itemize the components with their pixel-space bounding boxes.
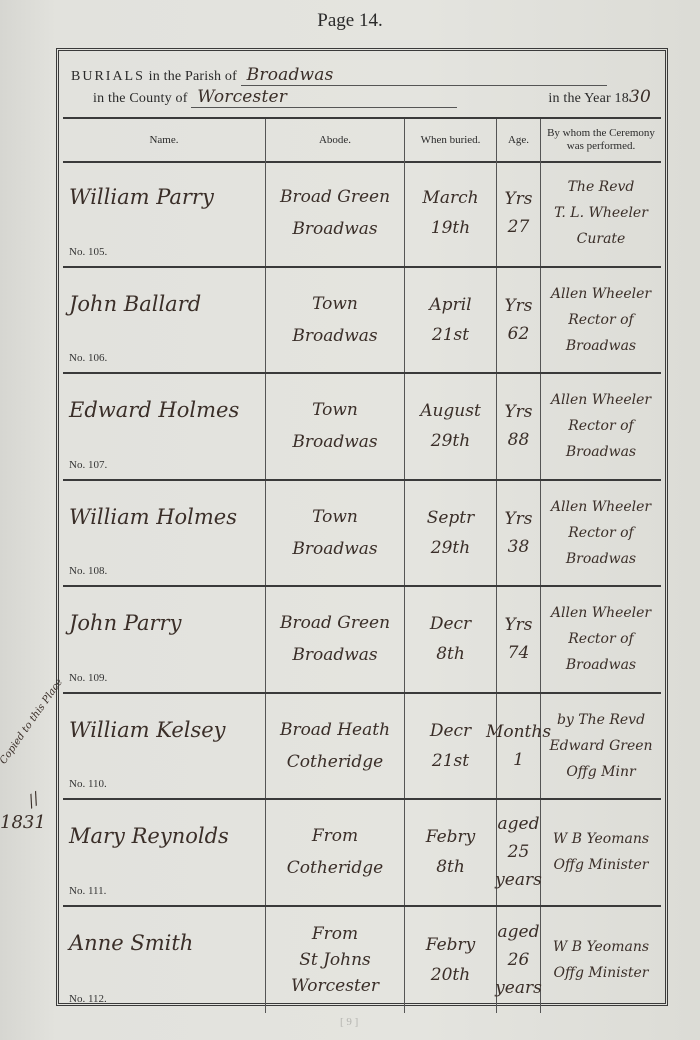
entry-officiant: Rector of xyxy=(568,520,633,546)
entry-name: Edward Holmes xyxy=(69,398,239,422)
entry-officiant: The Revd xyxy=(568,174,635,200)
entry-when: Decr xyxy=(430,716,471,746)
entry-number: No. 109. xyxy=(69,672,107,684)
entry-when: 19th xyxy=(431,213,470,243)
entry-officiant: Broadwas xyxy=(566,439,636,465)
entry-officiant: Allen Wheeler xyxy=(551,494,651,520)
parish-name: Broadwas xyxy=(241,65,607,86)
entry-name: William Kelsey xyxy=(69,718,226,742)
col-header-abode: Abode. xyxy=(266,119,405,161)
entry-age: aged xyxy=(498,810,540,838)
year-suffix: 30 xyxy=(629,87,651,107)
margin-note-year: 1831 xyxy=(0,812,46,833)
col-header-name: Name. xyxy=(63,119,266,161)
entry-when: Decr xyxy=(430,609,471,639)
entry-abode: Town xyxy=(312,288,358,320)
entry-abode: Broadwas xyxy=(292,213,377,245)
col-header-when: When buried. xyxy=(405,119,497,161)
entry-abode: Broadwas xyxy=(292,320,377,352)
table-row: John Ballard No. 106. Town Broadwas Apri… xyxy=(63,268,661,375)
entry-officiant: Offg Minr xyxy=(566,759,635,785)
entry-when: March xyxy=(422,183,478,213)
entry-when: 8th xyxy=(436,639,465,669)
entry-age: years xyxy=(495,866,542,894)
table-row: William Kelsey No. 110. Broad Heath Coth… xyxy=(63,694,661,801)
entry-name: Mary Reynolds xyxy=(69,824,229,848)
register-table: BURIALS in the Parish of Broadwas in the… xyxy=(56,48,668,1006)
year-prefix: in the Year 18 xyxy=(548,91,629,106)
entry-age: 27 xyxy=(508,213,530,241)
entry-abode: Broadwas xyxy=(292,639,377,671)
entry-officiant: Rector of xyxy=(568,626,633,652)
entry-when: 29th xyxy=(431,533,470,563)
col-header-age: Age. xyxy=(497,119,541,161)
entry-age: aged xyxy=(498,918,540,946)
table-row: Anne Smith No. 112. From St Johns Worces… xyxy=(63,907,661,1014)
entry-officiant: Allen Wheeler xyxy=(551,600,651,626)
entry-when: 8th xyxy=(436,852,465,882)
entry-age: 62 xyxy=(508,320,530,348)
burials-heading: BURIALS xyxy=(71,69,145,84)
entry-abode: Broadwas xyxy=(292,426,377,458)
entry-officiant: Rector of xyxy=(568,413,633,439)
margin-note-mark: // xyxy=(24,789,43,811)
entry-officiant: by The Revd xyxy=(557,707,645,733)
entry-number: No. 108. xyxy=(69,565,107,577)
entry-officiant: Allen Wheeler xyxy=(551,281,651,307)
entry-age: Yrs xyxy=(504,505,532,533)
entry-age: years xyxy=(495,974,542,1002)
entry-abode: From xyxy=(312,921,358,947)
entry-name: William Parry xyxy=(69,185,214,209)
entry-officiant: W B Yeomans xyxy=(553,934,649,960)
entry-age: 38 xyxy=(508,533,530,561)
entry-age: Yrs xyxy=(504,398,532,426)
entry-abode: Broadwas xyxy=(292,533,377,565)
entry-age: 74 xyxy=(508,639,530,667)
entry-abode: Broad Green xyxy=(280,607,390,639)
entry-when: 29th xyxy=(431,426,470,456)
entry-abode: St Johns xyxy=(299,947,371,973)
entry-officiant: W B Yeomans xyxy=(553,826,649,852)
entry-age: 25 xyxy=(508,838,530,866)
county-name: Worcester xyxy=(191,87,457,108)
col-header-by: By whom the Ceremony was performed. xyxy=(541,119,661,161)
county-prefix: in the County of xyxy=(93,91,188,106)
entry-when: Febry xyxy=(426,930,476,960)
register-page: Page 14. Copied to this Place // 1831 BU… xyxy=(0,0,700,1040)
entry-abode: Worcester xyxy=(291,973,379,999)
entry-officiant: Offg Minister xyxy=(554,960,649,986)
entry-officiant: Broadwas xyxy=(566,652,636,678)
entry-officiant: Curate xyxy=(577,226,626,252)
entry-abode: Town xyxy=(312,501,358,533)
entry-abode: From xyxy=(312,820,358,852)
column-headers: Name. Abode. When buried. Age. By whom t… xyxy=(63,119,661,163)
entry-when: 21st xyxy=(432,320,469,350)
entry-name: John Ballard xyxy=(69,292,201,316)
register-header: BURIALS in the Parish of Broadwas in the… xyxy=(63,55,661,119)
table-row: Edward Holmes No. 107. Town Broadwas Aug… xyxy=(63,374,661,481)
entry-officiant: Edward Green xyxy=(549,733,652,759)
entry-when: Febry xyxy=(426,822,476,852)
entry-number: No. 111. xyxy=(69,885,106,897)
entry-officiant: Allen Wheeler xyxy=(551,387,651,413)
entry-officiant: Broadwas xyxy=(566,333,636,359)
entry-name: William Holmes xyxy=(69,505,237,529)
entry-age: 1 xyxy=(513,746,524,774)
entry-name: John Parry xyxy=(69,611,181,635)
entry-abode: Cotheridge xyxy=(287,746,383,778)
table-row: William Holmes No. 108. Town Broadwas Se… xyxy=(63,481,661,588)
entry-officiant: T. L. Wheeler xyxy=(554,200,648,226)
entry-age: 26 xyxy=(508,946,530,974)
entry-number: No. 106. xyxy=(69,352,107,364)
entry-number: No. 105. xyxy=(69,246,107,258)
entry-when: Septr xyxy=(427,503,475,533)
entry-when: August xyxy=(420,396,481,426)
entry-age: Yrs xyxy=(504,292,532,320)
table-row: Mary Reynolds No. 111. From Cotheridge F… xyxy=(63,800,661,907)
entry-number: No. 112. xyxy=(69,993,107,1005)
margin-note: Copied to this Place // 1831 xyxy=(0,740,55,840)
entry-abode: Broad Green xyxy=(280,181,390,213)
entry-number: No. 107. xyxy=(69,459,107,471)
entry-officiant: Offg Minister xyxy=(554,852,649,878)
entry-when: 21st xyxy=(432,746,469,776)
entry-age: Yrs xyxy=(504,185,532,213)
entry-abode: Cotheridge xyxy=(287,852,383,884)
entry-abode: Town xyxy=(312,394,358,426)
entry-officiant: Rector of xyxy=(568,307,633,333)
entry-name: Anne Smith xyxy=(69,931,193,955)
page-number: Page 14. xyxy=(0,10,700,32)
entry-when: April xyxy=(429,290,471,320)
entry-number: No. 110. xyxy=(69,778,107,790)
entry-age: 88 xyxy=(508,426,530,454)
table-row: John Parry No. 109. Broad Green Broadwas… xyxy=(63,587,661,694)
entry-abode: Broad Heath xyxy=(280,714,390,746)
entry-age: Yrs xyxy=(504,611,532,639)
table-row: William Parry No. 105. Broad Green Broad… xyxy=(63,161,661,268)
entry-rows: William Parry No. 105. Broad Green Broad… xyxy=(63,161,661,999)
entry-when: 20th xyxy=(431,960,470,990)
register-grid: Name. Abode. When buried. Age. By whom t… xyxy=(63,119,661,999)
entry-officiant: Broadwas xyxy=(566,546,636,572)
footer-page-mark: [ 9 ] xyxy=(340,1016,358,1028)
parish-prefix: in the Parish of xyxy=(149,69,237,84)
